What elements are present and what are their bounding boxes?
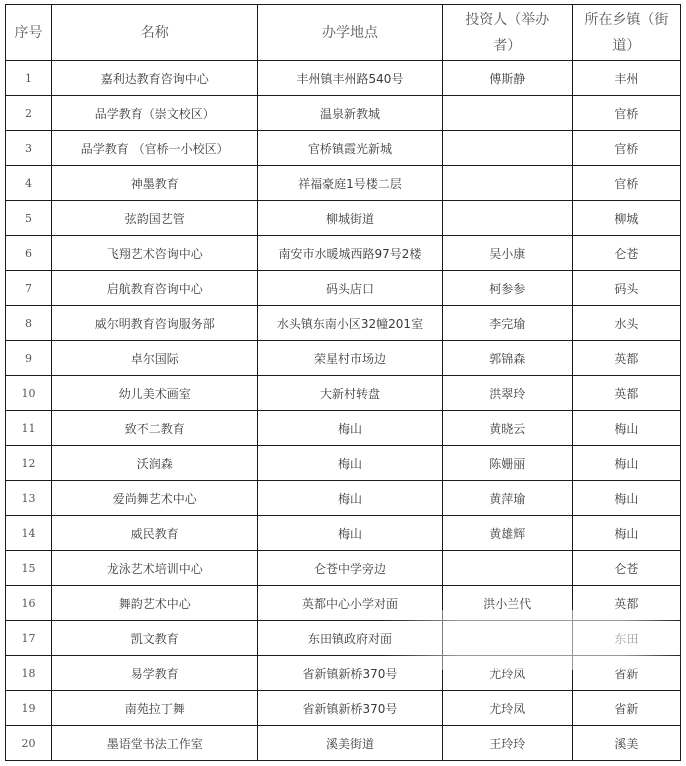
cell-town: 柳城 — [572, 201, 680, 236]
table-header-row: 序号 名称 办学地点 投资人（举办者） 所在乡镇（街道） — [6, 5, 681, 61]
cell-address: 码头店口 — [258, 271, 442, 306]
cell-investor — [442, 96, 572, 131]
cell-name: 致不二教育 — [52, 411, 258, 446]
cell-town: 官桥 — [572, 166, 680, 201]
cell-address: 省新镇新桥370号 — [258, 691, 442, 726]
cell-address: 英都中心小学对面 — [258, 586, 442, 621]
header-name: 名称 — [52, 5, 258, 61]
cell-no: 9 — [6, 341, 52, 376]
cell-no: 18 — [6, 656, 52, 691]
table-body: 1嘉利达教育咨询中心丰州镇丰州路540号傅斯静丰州2品学教育（崇文校区）温泉新教… — [6, 61, 681, 761]
header-address: 办学地点 — [258, 5, 442, 61]
cell-no: 4 — [6, 166, 52, 201]
cell-no: 15 — [6, 551, 52, 586]
cell-no: 16 — [6, 586, 52, 621]
cell-name: 神墨教育 — [52, 166, 258, 201]
table-row: 8威尔明教育咨询服务部水头镇东南小区32幢201室李完瑜水头 — [6, 306, 681, 341]
cell-town: 梅山 — [572, 516, 680, 551]
cell-name: 品学教育 （官桥一小校区） — [52, 131, 258, 166]
header-no: 序号 — [6, 5, 52, 61]
cell-town: 水头 — [572, 306, 680, 341]
cell-investor: 黄雄辉 — [442, 516, 572, 551]
table-row: 13爱尚舞艺术中心梅山黄萍瑜梅山 — [6, 481, 681, 516]
table-row: 9卓尔国际荣星村市场边郭锦森英都 — [6, 341, 681, 376]
cell-name: 南苑拉丁舞 — [52, 691, 258, 726]
table-row: 18易学教育省新镇新桥370号尤玲凤省新 — [6, 656, 681, 691]
cell-investor — [442, 551, 572, 586]
cell-town: 英都 — [572, 376, 680, 411]
cell-town: 官桥 — [572, 96, 680, 131]
cell-address: 荣星村市场边 — [258, 341, 442, 376]
header-investor: 投资人（举办者） — [442, 5, 572, 61]
cell-no: 5 — [6, 201, 52, 236]
cell-investor: 陈姗丽 — [442, 446, 572, 481]
cell-name: 舞韵艺术中心 — [52, 586, 258, 621]
cell-no: 20 — [6, 726, 52, 761]
cell-address: 柳城街道 — [258, 201, 442, 236]
cell-address: 梅山 — [258, 481, 442, 516]
cell-name: 威尔明教育咨询服务部 — [52, 306, 258, 341]
cell-name: 威民教育 — [52, 516, 258, 551]
cell-town: 梅山 — [572, 481, 680, 516]
cell-address: 梅山 — [258, 516, 442, 551]
cell-investor — [442, 621, 572, 656]
cell-investor: 洪小兰代 — [442, 586, 572, 621]
cell-town: 梅山 — [572, 411, 680, 446]
cell-name: 启航教育咨询中心 — [52, 271, 258, 306]
cell-address: 丰州镇丰州路540号 — [258, 61, 442, 96]
cell-name: 弦韵国艺管 — [52, 201, 258, 236]
cell-investor: 黄萍瑜 — [442, 481, 572, 516]
cell-name: 凯文教育 — [52, 621, 258, 656]
cell-name: 飞翔艺术咨询中心 — [52, 236, 258, 271]
cell-investor: 郭锦森 — [442, 341, 572, 376]
cell-town: 官桥 — [572, 131, 680, 166]
cell-investor: 黄晓云 — [442, 411, 572, 446]
cell-address: 水头镇东南小区32幢201室 — [258, 306, 442, 341]
cell-town: 梅山 — [572, 446, 680, 481]
cell-name: 墨语堂书法工作室 — [52, 726, 258, 761]
table-row: 15龙泳艺术培训中心仑苍中学旁边仑苍 — [6, 551, 681, 586]
cell-investor — [442, 131, 572, 166]
table-row: 10幼儿美术画室大新村转盘洪翠玲英都 — [6, 376, 681, 411]
cell-investor: 吴小康 — [442, 236, 572, 271]
cell-no: 13 — [6, 481, 52, 516]
cell-address: 梅山 — [258, 411, 442, 446]
cell-town: 溪美 — [572, 726, 680, 761]
table-row: 7启航教育咨询中心码头店口柯参参码头 — [6, 271, 681, 306]
cell-no: 17 — [6, 621, 52, 656]
cell-town: 仑苍 — [572, 236, 680, 271]
cell-address: 温泉新教城 — [258, 96, 442, 131]
cell-investor: 王玲玲 — [442, 726, 572, 761]
cell-no: 10 — [6, 376, 52, 411]
cell-address: 溪美街道 — [258, 726, 442, 761]
cell-town: 省新 — [572, 656, 680, 691]
cell-investor: 傅斯静 — [442, 61, 572, 96]
cell-town: 英都 — [572, 586, 680, 621]
cell-investor: 尤玲凤 — [442, 656, 572, 691]
table-row: 4神墨教育祥福豪庭1号楼二层官桥 — [6, 166, 681, 201]
cell-address: 梅山 — [258, 446, 442, 481]
cell-name: 卓尔国际 — [52, 341, 258, 376]
cell-no: 6 — [6, 236, 52, 271]
cell-name: 爱尚舞艺术中心 — [52, 481, 258, 516]
cell-name: 沃润森 — [52, 446, 258, 481]
cell-name: 易学教育 — [52, 656, 258, 691]
cell-town: 省新 — [572, 691, 680, 726]
cell-address: 祥福豪庭1号楼二层 — [258, 166, 442, 201]
cell-address: 南安市水暖城西路97号2楼 — [258, 236, 442, 271]
cell-no: 14 — [6, 516, 52, 551]
cell-no: 8 — [6, 306, 52, 341]
cell-investor: 李完瑜 — [442, 306, 572, 341]
cell-address: 大新村转盘 — [258, 376, 442, 411]
cell-town: 英都 — [572, 341, 680, 376]
cell-town: 丰州 — [572, 61, 680, 96]
table-row: 17凯文教育东田镇政府对面东田 — [6, 621, 681, 656]
table-row: 1嘉利达教育咨询中心丰州镇丰州路540号傅斯静丰州 — [6, 61, 681, 96]
cell-name: 嘉利达教育咨询中心 — [52, 61, 258, 96]
cell-investor: 尤玲凤 — [442, 691, 572, 726]
cell-address: 官桥镇霞光新城 — [258, 131, 442, 166]
cell-town: 东田 — [572, 621, 680, 656]
table-row: 19南苑拉丁舞省新镇新桥370号尤玲凤省新 — [6, 691, 681, 726]
table-row: 16舞韵艺术中心英都中心小学对面洪小兰代英都 — [6, 586, 681, 621]
cell-town: 仑苍 — [572, 551, 680, 586]
cell-no: 2 — [6, 96, 52, 131]
cell-no: 1 — [6, 61, 52, 96]
cell-no: 11 — [6, 411, 52, 446]
cell-address: 东田镇政府对面 — [258, 621, 442, 656]
table-row: 20墨语堂书法工作室溪美街道王玲玲溪美 — [6, 726, 681, 761]
table-row: 3品学教育 （官桥一小校区）官桥镇霞光新城官桥 — [6, 131, 681, 166]
header-town: 所在乡镇（街道） — [572, 5, 680, 61]
table-row: 14威民教育梅山黄雄辉梅山 — [6, 516, 681, 551]
table-row: 2品学教育（崇文校区）温泉新教城官桥 — [6, 96, 681, 131]
table-row: 6飞翔艺术咨询中心南安市水暖城西路97号2楼吴小康仑苍 — [6, 236, 681, 271]
institutions-table: 序号 名称 办学地点 投资人（举办者） 所在乡镇（街道） 1嘉利达教育咨询中心丰… — [5, 4, 681, 761]
cell-address: 仑苍中学旁边 — [258, 551, 442, 586]
cell-no: 3 — [6, 131, 52, 166]
cell-town: 码头 — [572, 271, 680, 306]
cell-address: 省新镇新桥370号 — [258, 656, 442, 691]
table-row: 11致不二教育梅山黄晓云梅山 — [6, 411, 681, 446]
cell-investor: 柯参参 — [442, 271, 572, 306]
cell-investor — [442, 166, 572, 201]
cell-investor — [442, 201, 572, 236]
cell-no: 7 — [6, 271, 52, 306]
table-row: 12沃润森梅山陈姗丽梅山 — [6, 446, 681, 481]
table-row: 5弦韵国艺管柳城街道柳城 — [6, 201, 681, 236]
cell-name: 龙泳艺术培训中心 — [52, 551, 258, 586]
cell-no: 19 — [6, 691, 52, 726]
cell-no: 12 — [6, 446, 52, 481]
cell-name: 品学教育（崇文校区） — [52, 96, 258, 131]
cell-investor: 洪翠玲 — [442, 376, 572, 411]
cell-name: 幼儿美术画室 — [52, 376, 258, 411]
